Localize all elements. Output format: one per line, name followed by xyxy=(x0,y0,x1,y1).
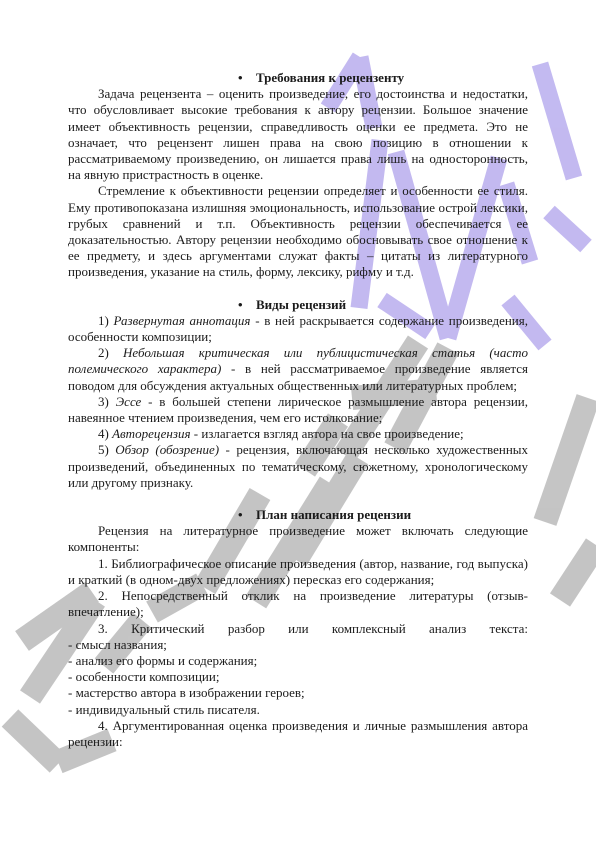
document-content: •Требования к рецензенту Задача рецензен… xyxy=(68,70,528,750)
item-term: Эссе xyxy=(116,394,142,409)
section-1-title: Требования к рецензенту xyxy=(256,70,404,85)
paragraph: Задача рецензента – оценить произведение… xyxy=(68,86,528,183)
bullet-icon: • xyxy=(238,507,256,523)
item-number: 4) xyxy=(98,426,109,441)
spacer xyxy=(68,491,528,507)
section-2-heading: •Виды рецензий xyxy=(68,297,528,313)
item-term: Авторецензия xyxy=(112,426,190,441)
bullet-icon: • xyxy=(238,70,256,86)
item-term: Развернутая аннотация xyxy=(114,313,251,328)
item-number: 5) xyxy=(98,442,109,457)
item-number: 2) xyxy=(98,345,109,360)
sub-list-item: - особенности композиции; xyxy=(68,669,528,685)
item-number: 1) xyxy=(98,313,109,328)
list-item: 2. Непосредственный отклик на произведен… xyxy=(68,588,528,620)
sub-list-item: - мастерство автора в изображении героев… xyxy=(68,685,528,701)
item-term: Обзор (обозрение) xyxy=(115,442,219,457)
list-item: 5) Обзор (обозрение) - рецензия, включаю… xyxy=(68,442,528,491)
paragraph: Стремление к объективности рецензии опре… xyxy=(68,183,528,280)
document-page: •Требования к рецензенту Задача рецензен… xyxy=(0,0,596,842)
list-item: 2) Небольшая критическая или публицистич… xyxy=(68,345,528,394)
list-item: 3) Эссе - в большей степени лирическое р… xyxy=(68,394,528,426)
sub-list-item: - индивидуальный стиль писателя. xyxy=(68,702,528,718)
sub-list-item: - анализ его формы и содержания; xyxy=(68,653,528,669)
item-number: 3) xyxy=(98,394,109,409)
item-text: - излагается взгляд автора на свое произ… xyxy=(191,426,464,441)
section-1-heading: •Требования к рецензенту xyxy=(68,70,528,86)
section-3-heading: •План написания рецензии xyxy=(68,507,528,523)
section-3-title: План написания рецензии xyxy=(256,507,411,522)
list-item: 1) Развернутая аннотация - в ней раскрыв… xyxy=(68,313,528,345)
bullet-icon: • xyxy=(238,297,256,313)
paragraph: Рецензия на литературное произведение мо… xyxy=(68,523,528,555)
list-item: 4) Авторецензия - излагается взгляд авто… xyxy=(68,426,528,442)
list-item: 1. Библиографическое описание произведен… xyxy=(68,556,528,588)
list-item: 3. Критический разбор или комплексный ан… xyxy=(68,621,528,637)
list-item: 4. Аргументированная оценка произведения… xyxy=(68,718,528,750)
section-2-title: Виды рецензий xyxy=(256,297,346,312)
sub-list-item: - смысл названия; xyxy=(68,637,528,653)
spacer xyxy=(68,281,528,297)
